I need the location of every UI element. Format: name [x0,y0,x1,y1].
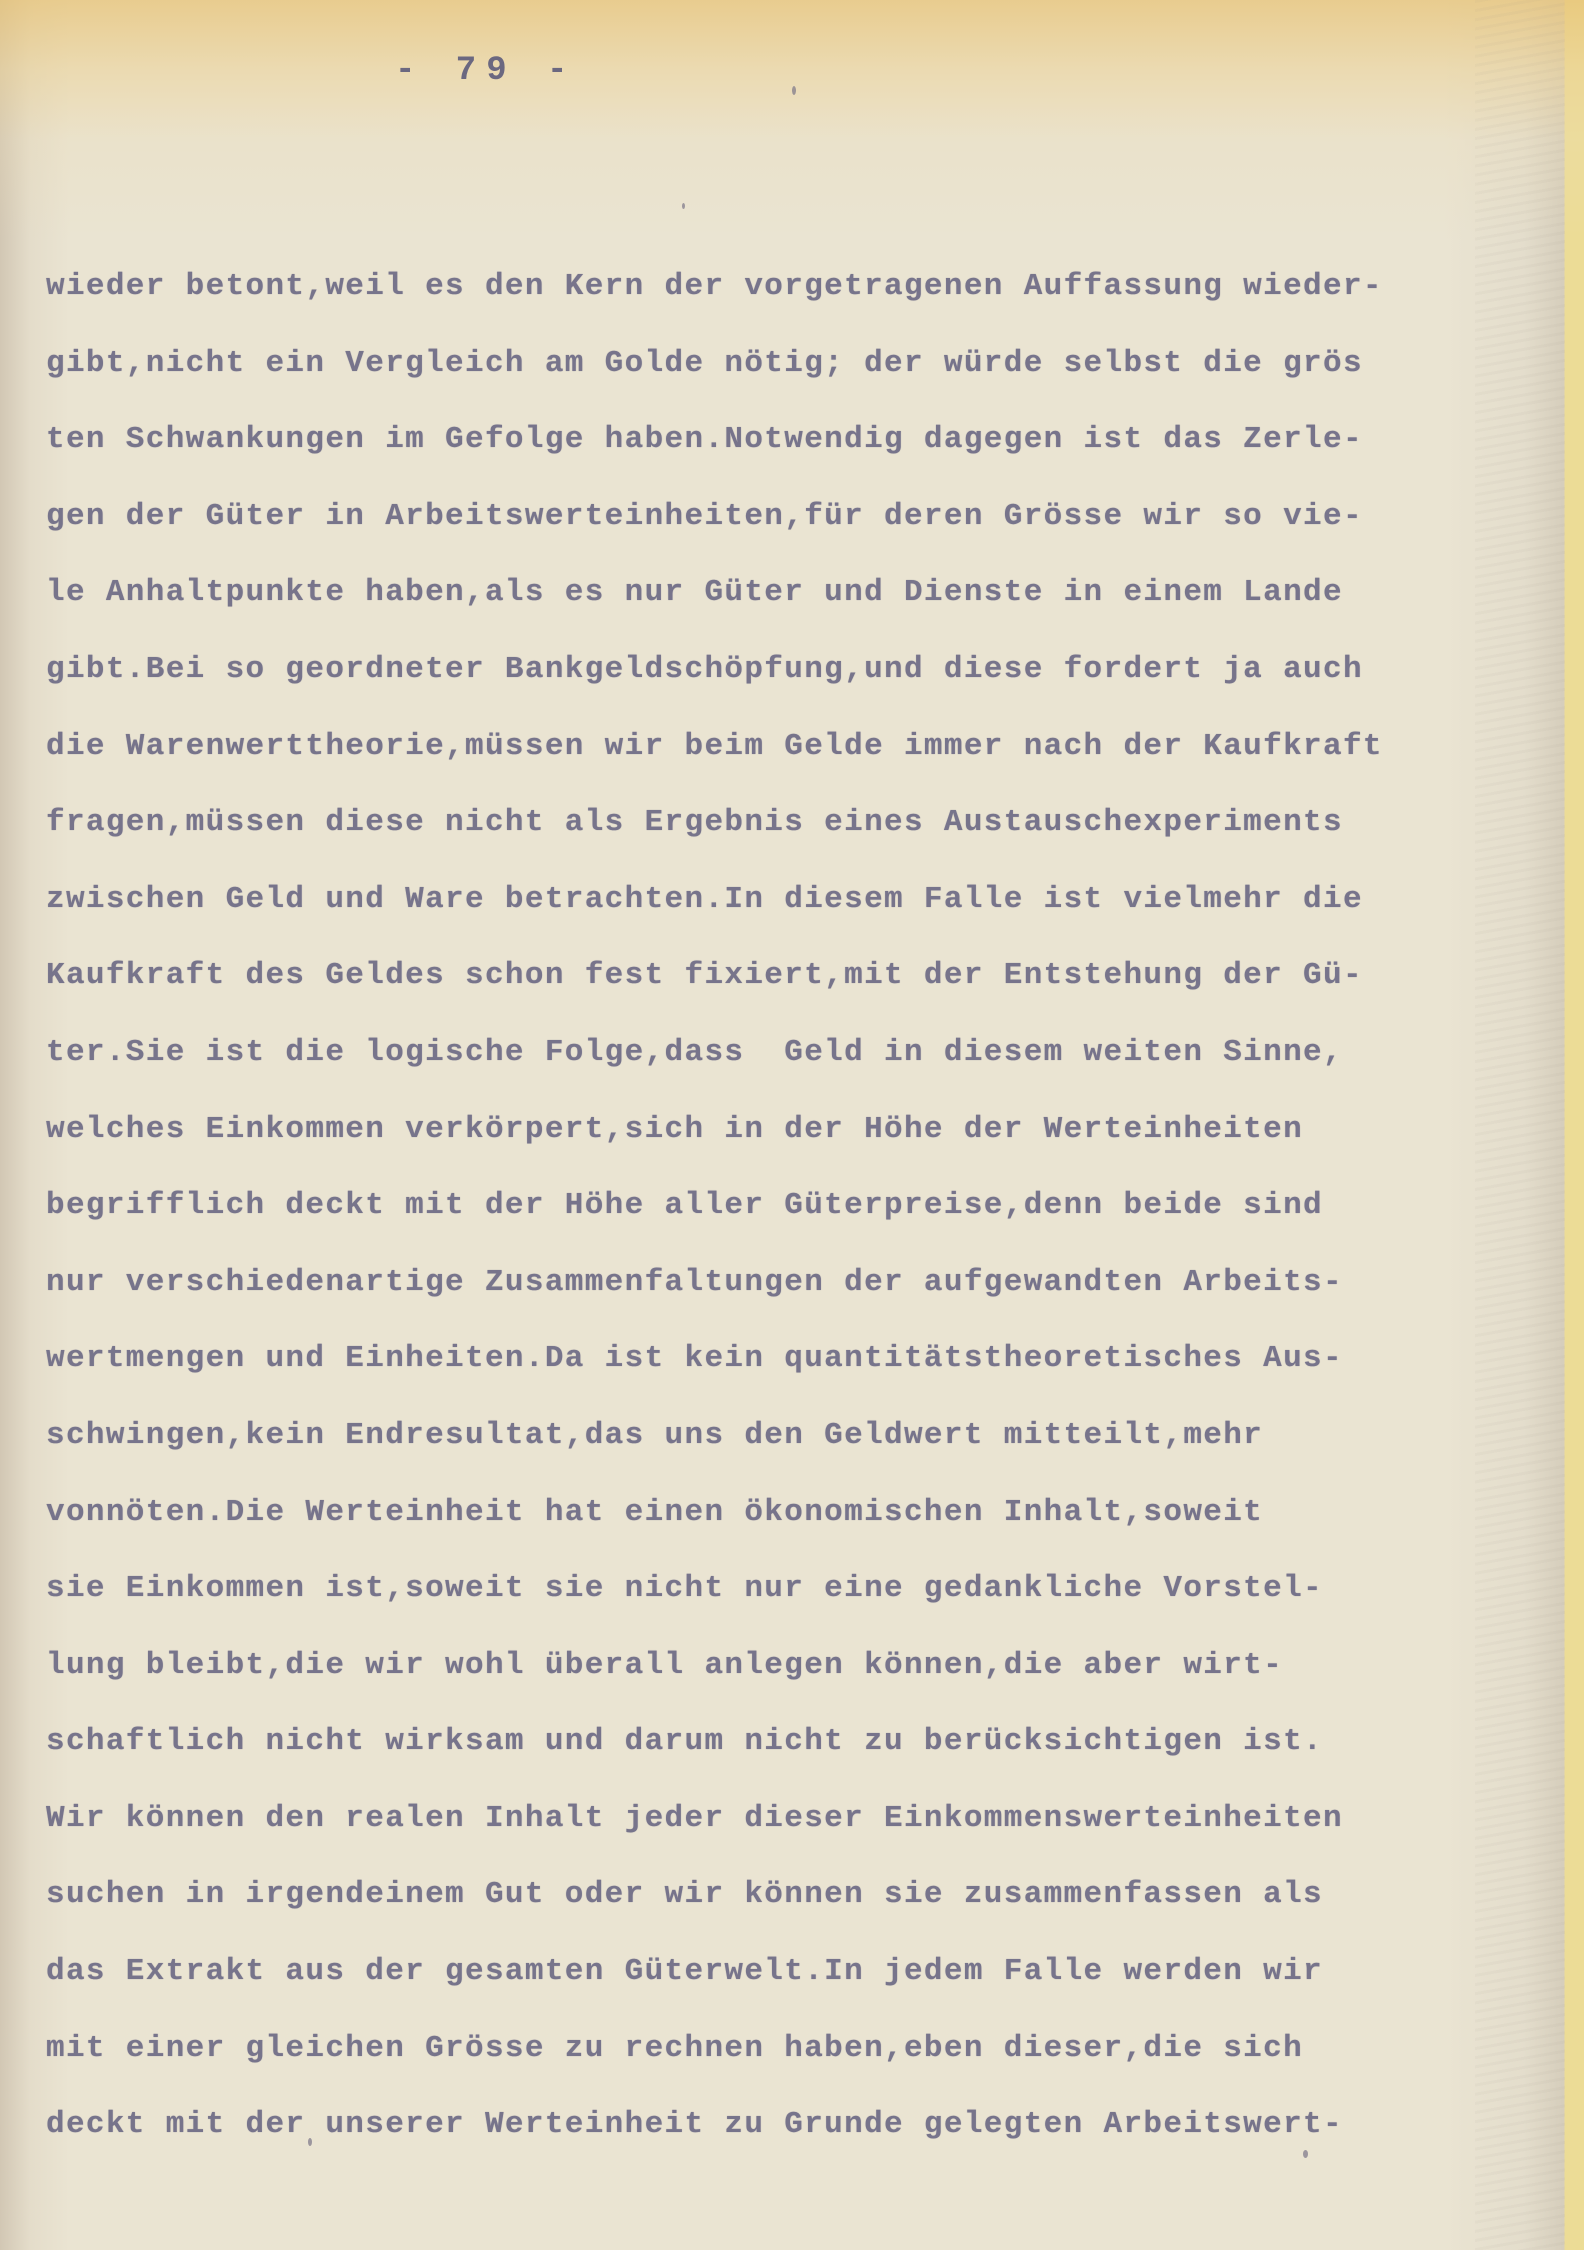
paper-speck [1303,2150,1308,2158]
text-line: zwischen Geld und Ware betrachten.In die… [46,875,1566,952]
text-line: schaftlich nicht wirksam und darum nicht… [46,1717,1566,1794]
paper-speck [682,203,685,209]
text-line: le Anhaltpunkte haben,als es nur Güter u… [46,568,1566,645]
text-line: suchen in irgendeinem Gut oder wir könne… [46,1870,1566,1947]
text-line: Kaufkraft des Geldes schon fest fixiert,… [46,951,1566,1028]
text-line: deckt mit der unserer Werteinheit zu Gru… [46,2100,1566,2177]
text-line: gibt.Bei so geordneter Bankgeldschöpfung… [46,645,1566,722]
text-line: lung bleibt,die wir wohl überall anlegen… [46,1641,1566,1718]
text-line: schwingen,kein Endresultat,das uns den G… [46,1411,1566,1488]
text-line: ten Schwankungen im Gefolge haben.Notwen… [46,415,1566,492]
text-line: mit einer gleichen Grösse zu rechnen hab… [46,2024,1566,2101]
text-line: die Warenwerttheorie,müssen wir beim Gel… [46,722,1566,799]
paper-speck [308,2138,312,2146]
text-line: nur verschiedenartige Zusammenfaltungen … [46,1258,1566,1335]
text-line: gibt,nicht ein Vergleich am Golde nötig;… [46,339,1566,416]
text-line: Wir können den realen Inhalt jeder diese… [46,1794,1566,1871]
text-line: ter.Sie ist die logische Folge,dass Geld… [46,1028,1566,1105]
text-line: das Extrakt aus der gesamten Güterwelt.I… [46,1947,1566,2024]
text-line: wertmengen und Einheiten.Da ist kein qua… [46,1334,1566,1411]
text-line: welches Einkommen verkörpert,sich in der… [46,1105,1566,1182]
text-line: wieder betont,weil es den Kern der vorge… [46,262,1566,339]
typewritten-text: wieder betont,weil es den Kern der vorge… [46,262,1566,2177]
text-line: sie Einkommen ist,soweit sie nicht nur e… [46,1564,1566,1641]
paper-speck [792,86,796,95]
text-line: gen der Güter in Arbeitswerteinheiten,fü… [46,492,1566,569]
text-line: fragen,müssen diese nicht als Ergebnis e… [46,798,1566,875]
scanned-page: - 79 - wieder betont,weil es den Kern de… [0,0,1584,2250]
text-line: begrifflich deckt mit der Höhe aller Güt… [46,1181,1566,1258]
text-line: vonnöten.Die Werteinheit hat einen ökono… [46,1488,1566,1565]
page-number: - 79 - [395,52,577,90]
